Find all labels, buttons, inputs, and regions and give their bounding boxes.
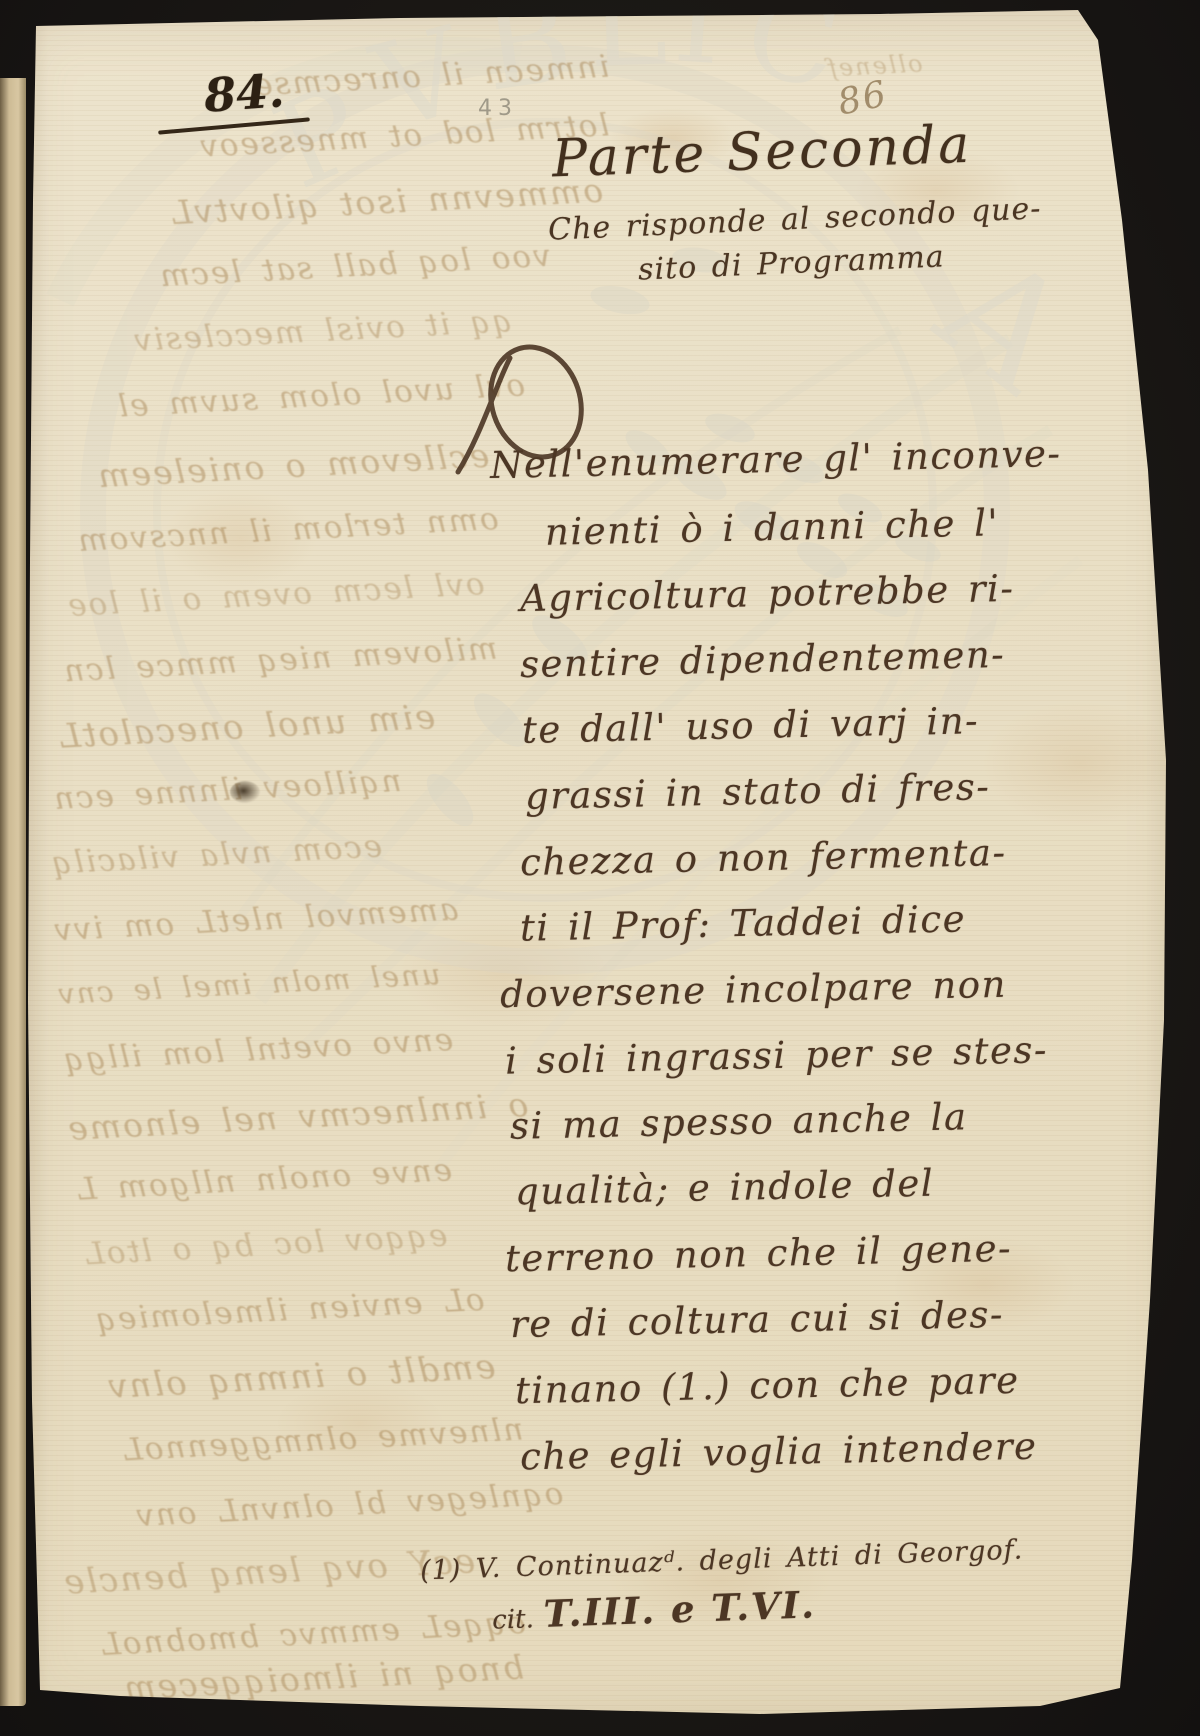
section-title: Parte Seconda bbox=[551, 115, 973, 190]
manuscript-page: P V B L I C A inmecn il onrecmse lotrm l… bbox=[0, 0, 1200, 1736]
footnote-citation-tomes: T.III. e T.VI. bbox=[543, 1582, 817, 1635]
bleedthrough-line: eim unol onecalotL bbox=[55, 697, 436, 757]
bleedthrough-line: ovl lecm ovem o il loe bbox=[65, 566, 485, 624]
body-line: Agricoltura potrebbe ri- bbox=[520, 567, 1015, 620]
body-line: ti il Prof: Taddei dice bbox=[520, 897, 967, 949]
section-subtitle-line2: sito di Programma bbox=[637, 239, 945, 287]
bleedthrough-line: envo ovetnl lom illgq bbox=[61, 1022, 454, 1078]
body-line: doversene incolpare non bbox=[500, 963, 1008, 1017]
bleedthrough-line: amemvol nletL om ivv bbox=[51, 891, 459, 948]
bleedthrough-line: ecY ovq lemq bencle bbox=[61, 1541, 476, 1603]
body-line: sentire dipendentemen- bbox=[520, 633, 1006, 686]
body-line: grassi in stato di fres- bbox=[525, 765, 991, 818]
footnote-cit-prefix: cit. bbox=[492, 1604, 535, 1635]
footnote-line1: (1) V. Continuazᵈ. degli Atti di Georgof… bbox=[420, 1534, 1024, 1586]
bleedthrough-line: inmecn il onrecmse bbox=[251, 49, 610, 104]
manuscript-scan: P V B L I C A inmecn il onrecmse lotrm l… bbox=[0, 0, 1200, 1736]
bleedthrough-line: milovem nieq mmce lcn bbox=[61, 631, 498, 690]
bleedthrough-line: nlnevme olnmggennoL bbox=[119, 1411, 524, 1468]
body-line: che egli voglia intendere bbox=[520, 1425, 1038, 1479]
bleedthrough-line: qq it ovisl mecclesiv bbox=[131, 303, 513, 359]
bleedthrough-line: ecom nvla vilacilq bbox=[49, 828, 383, 881]
svg-text:I: I bbox=[670, 0, 726, 91]
bleedthrough-line: ecllevom o onieleem bbox=[95, 436, 490, 496]
body-line: nienti ò i danni che l' bbox=[545, 501, 1000, 554]
section-subtitle-line1: Che risponde al secondo que- bbox=[547, 191, 1042, 247]
bleedthrough-line: enve onoln nllgom L bbox=[73, 1152, 453, 1208]
bleedthrough-line: omn terlom il nncsvom bbox=[75, 501, 499, 559]
bleedthrough-line: ommevnn isot qilovtvL bbox=[167, 171, 604, 233]
bleedthrough-line: ovl uvol olom suvm el bbox=[115, 367, 526, 424]
body-line: i soli ingrassi per se stes- bbox=[505, 1028, 1049, 1082]
bleedthrough-line: emdlt o inmnq olnv bbox=[105, 1347, 496, 1407]
bleedthrough-line: voo loq ball sat lecm bbox=[157, 238, 551, 295]
bleedthrough-line: eqqov loc bq o ltoL bbox=[81, 1217, 448, 1272]
folio-number: 84. bbox=[202, 63, 286, 122]
body-line: terreno non che il gene- bbox=[505, 1227, 1013, 1281]
stamp-number: 43 bbox=[478, 96, 518, 121]
body-line: chezza o non fermenta- bbox=[520, 831, 1007, 884]
verso-folio-number: 86 bbox=[834, 73, 891, 123]
bleedthrough-line: nqilloev ilnnne ecn bbox=[51, 763, 402, 817]
bleedthrough-line: o innlnecmv nel elnome bbox=[65, 1085, 529, 1148]
body-line: te dall' uso di varj in- bbox=[522, 699, 980, 752]
body-line: qualità; e indole del bbox=[515, 1162, 935, 1214]
body-line: si ma spesso anche la bbox=[510, 1095, 968, 1148]
bleedthrough-line: oqnlegev bl olnvnL onv bbox=[133, 1476, 564, 1534]
ink-blot bbox=[230, 781, 260, 803]
bleedthrough-line: oL envien ilmelomieq bbox=[93, 1282, 485, 1338]
bleedthrough-line: unel moln imel le cnv bbox=[55, 957, 441, 1011]
body-line: re di coltura cui si des- bbox=[510, 1293, 1005, 1346]
underlying-page-edge bbox=[0, 78, 26, 1706]
footnote-line2: cit.T.III. e T.VI. bbox=[491, 1582, 816, 1637]
body-line: tinano (1.) con che pare bbox=[515, 1359, 1020, 1413]
body-line: Nell'enumerare gl' inconve- bbox=[490, 432, 1062, 487]
